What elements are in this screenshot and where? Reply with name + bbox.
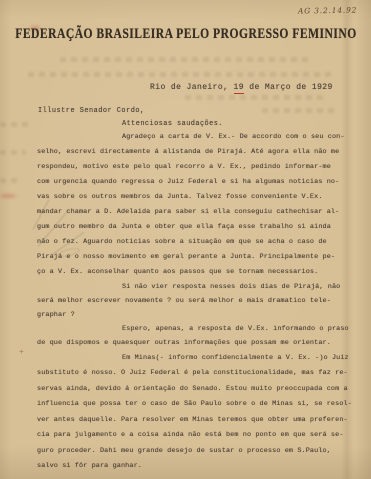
text-line: Pirajá e o nosso movimento em geral pera… bbox=[37, 250, 359, 265]
ghost-bleed-line bbox=[0, 150, 26, 155]
salutation: Illustre Senador Cordo, bbox=[38, 107, 145, 115]
text-line: com urgencia quando regressa o Juiz Fede… bbox=[37, 175, 359, 190]
letter-body: Agradeço a carta de V. Ex.- De accordo c… bbox=[37, 130, 359, 475]
text-line: de que dispomos e quaesquer outras infor… bbox=[37, 337, 359, 351]
paragraph: Espero, apenas, a resposta de V.Ex. info… bbox=[37, 323, 359, 350]
archival-reference: AG 3.2.14.92 bbox=[298, 5, 357, 15]
ghost-bleed-line bbox=[28, 72, 333, 77]
dateline-suffix: de Março de 1929 bbox=[244, 83, 333, 92]
greeting: Attenciosas saudações. bbox=[122, 120, 223, 128]
text-line: não o fez. Aguardo noticias sobre a situ… bbox=[37, 235, 359, 250]
text-line: será melhor escrever novamente ? ou será… bbox=[37, 295, 359, 309]
date-day-underlined: 19 bbox=[234, 83, 244, 94]
letter-page: AG 3.2.14.92 FEDERAÇÃO BRASILEIRA PELO P… bbox=[0, 0, 371, 479]
plus-mark: + bbox=[19, 348, 24, 357]
text-line: vas sobre os outros membros da Junta. Ta… bbox=[37, 190, 359, 205]
ghost-bleed-line bbox=[60, 57, 310, 62]
text-line: selho, escrevi directamente á alistanda … bbox=[37, 145, 359, 160]
text-line: mandar chamar a D. Adelaida para saber s… bbox=[37, 205, 359, 220]
letterhead-title: FEDERAÇÃO BRASILEIRA PELO PROGRESSO FEMI… bbox=[15, 26, 356, 43]
text-line: cia para julgamento e a coisa ainda não … bbox=[37, 428, 359, 443]
ghost-bleed-line bbox=[185, 95, 325, 100]
text-line: substituto é nosso. O Juiz Federal é pel… bbox=[37, 366, 359, 381]
text-line: respondeu, motivo este pelo qual recorro… bbox=[37, 160, 359, 175]
ghost-bleed-line bbox=[0, 122, 30, 127]
text-line: salvo si fôr para ganhar. bbox=[37, 459, 359, 474]
ghost-bleed-line bbox=[262, 108, 337, 113]
text-line: ver antes daquelle. Para resolver em Min… bbox=[37, 413, 359, 428]
dateline: Rio de Janeiro, 19 de Março de 1929 bbox=[150, 83, 333, 92]
text-line: graphar ? bbox=[37, 309, 359, 323]
paragraph: Si não vier resposta nesses dois dias de… bbox=[37, 281, 359, 322]
dateline-prefix: Rio de Janeiro, bbox=[150, 83, 234, 92]
paragraph: Agradeço a carta de V. Ex.- De accordo c… bbox=[37, 130, 359, 280]
text-line: Em Minas(- informo confidencialmente a V… bbox=[37, 351, 359, 366]
text-line: Agradeço a carta de V. Ex.- De accordo c… bbox=[37, 130, 359, 145]
paragraph: Em Minas(- informo confidencialmente a V… bbox=[37, 351, 359, 475]
ghost-bleed-line bbox=[0, 178, 22, 183]
text-line: influencia que possa ter o caso de São P… bbox=[37, 397, 359, 412]
text-line: gum outro membro da Junta e obter que el… bbox=[37, 220, 359, 235]
text-line: Espero, apenas, a resposta de V.Ex. info… bbox=[37, 323, 359, 337]
text-line: servas ainda, devido á orientação do Sen… bbox=[37, 382, 359, 397]
text-line: ço a V. Ex. aconselhar quanto aos passos… bbox=[37, 265, 359, 280]
red-smudge bbox=[0, 194, 16, 198]
text-line: Si não vier resposta nesses dois dias de… bbox=[37, 281, 359, 295]
text-line: guro proceder. Dahi meu grande desejo de… bbox=[37, 444, 359, 459]
